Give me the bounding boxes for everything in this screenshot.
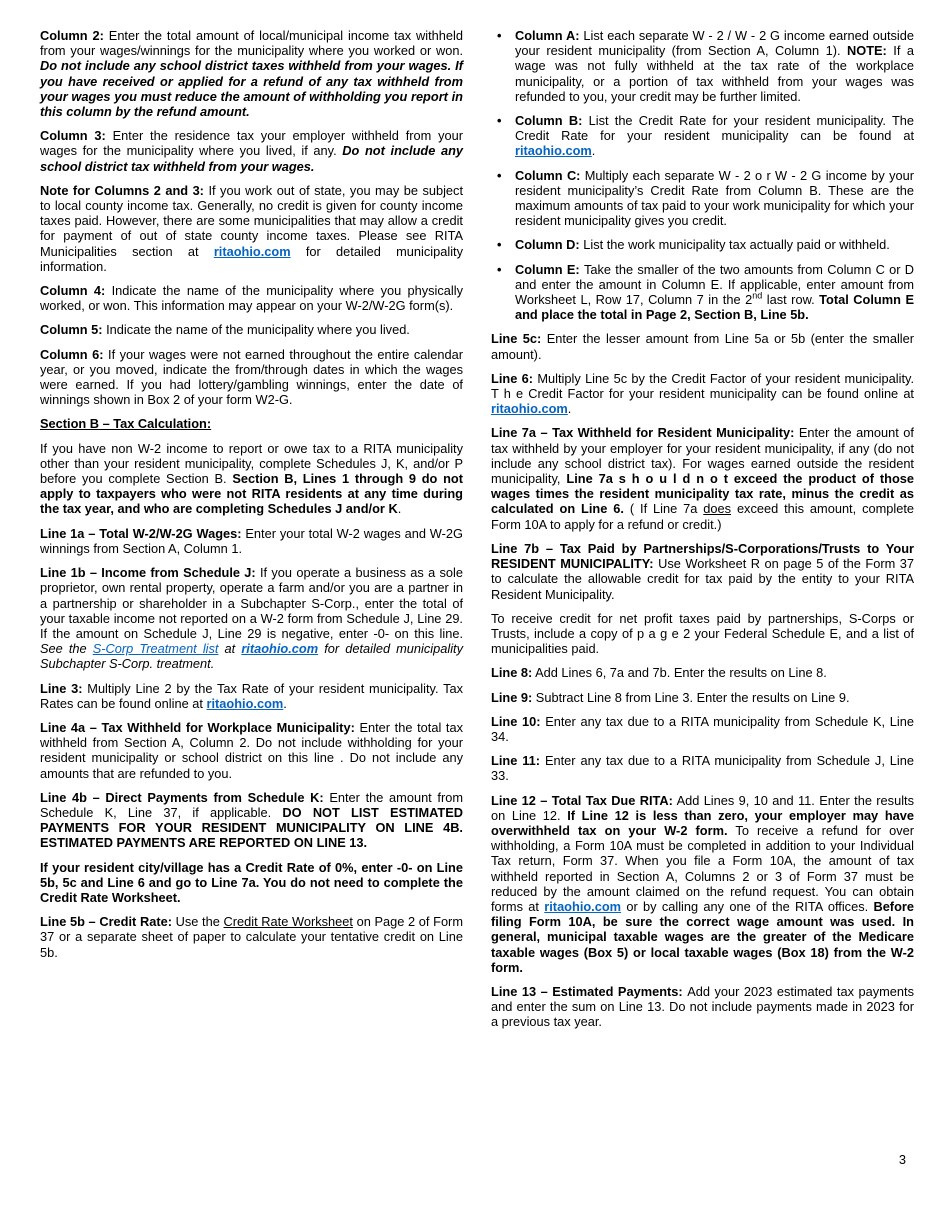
text-run: Column D:	[515, 237, 583, 252]
line-13-instructions: Line 13 – Estimated Payments: Add your 2…	[491, 984, 914, 1030]
column-2-instructions: Column 2: Enter the total amount of loca…	[40, 28, 463, 119]
ritaohio-link[interactable]: ritaohio.com	[241, 641, 318, 656]
two-column-layout: Column 2: Enter the total amount of loca…	[40, 28, 914, 1039]
text-run: Column 2:	[40, 28, 109, 43]
text-run: Line 11:	[491, 753, 545, 768]
text-run: last row.	[762, 292, 819, 307]
column-d-bullet: •Column D: List the work municipality ta…	[491, 237, 914, 252]
bullet-icon: •	[491, 262, 515, 323]
text-run: does	[703, 501, 731, 516]
text-run: Line 5b – Credit Rate:	[40, 914, 176, 929]
text-run: Column C:	[515, 168, 585, 183]
text-run: To receive credit for net profit taxes p…	[491, 611, 914, 656]
text-run: Multiply Line 5c by the Credit Factor of…	[491, 371, 914, 401]
left-column: Column 2: Enter the total amount of loca…	[40, 28, 463, 1039]
column-c-bullet: •Column C: Multiply each separate W - 2 …	[491, 168, 914, 229]
text-run: Line 4b – Direct Payments from Schedule …	[40, 790, 324, 805]
text-run: Line 9:	[491, 690, 532, 705]
line-10-instructions: Line 10: Enter any tax due to a RITA mun…	[491, 714, 914, 744]
text-run: Line 5c:	[491, 331, 541, 346]
text-run: See the	[40, 641, 93, 656]
text-run: Line 4a – Tax Withheld for Workplace Mun…	[40, 720, 355, 735]
text-run: Enter any tax due to a RITA municipality…	[491, 753, 914, 783]
text-run: Line 1b – Income from Schedule J:	[40, 565, 260, 580]
credit-rate-worksheet-ref: Credit Rate Worksheet	[224, 914, 353, 929]
ritaohio-link[interactable]: ritaohio.com	[206, 696, 283, 711]
note-columns-2-3: Note for Columns 2 and 3: If you work ou…	[40, 183, 463, 274]
line-1a-instructions: Line 1a – Total W-2/W-2G Wages: Enter yo…	[40, 526, 463, 556]
text-run: Use the	[176, 914, 224, 929]
text-run: Line 10:	[491, 714, 545, 729]
text-run: If your resident city/village has a Cred…	[40, 860, 463, 905]
text-run: Subtract Line 8 from Line 3. Enter the r…	[532, 690, 849, 705]
column-5-instructions: Column 5: Indicate the name of the munic…	[40, 322, 463, 337]
bullet-icon: •	[491, 28, 515, 104]
credit-rate-zero-note: If your resident city/village has a Cred…	[40, 860, 463, 906]
line-12-instructions: Line 12 – Total Tax Due RITA: Add Lines …	[491, 793, 914, 975]
column-b-bullet: •Column B: List the Credit Rate for your…	[491, 113, 914, 159]
section-b-heading: Section B – Tax Calculation:	[40, 416, 463, 431]
line-5c-instructions: Line 5c: Enter the lesser amount from Li…	[491, 331, 914, 361]
bullet-icon: •	[491, 168, 515, 229]
text-run: Column 6:	[40, 347, 108, 362]
line-7b-instructions: Line 7b – Tax Paid by Partnerships/S-Cor…	[491, 541, 914, 602]
line-8-instructions: Line 8: Add Lines 6, 7a and 7b. Enter th…	[491, 665, 914, 680]
text-run: or by calling any one of the RITA office…	[621, 899, 873, 914]
column-3-instructions: Column 3: Enter the residence tax your e…	[40, 128, 463, 174]
text-run: Enter the lesser amount from Line 5a or …	[491, 331, 914, 361]
line-1b-instructions: Line 1b – Income from Schedule J: If you…	[40, 565, 463, 671]
line-5b-instructions: Line 5b – Credit Rate: Use the Credit Ra…	[40, 914, 463, 960]
text-run: .	[568, 401, 572, 416]
text-run: Column A:	[515, 28, 583, 43]
text-run: Note for Columns 2 and 3:	[40, 183, 208, 198]
ritaohio-link[interactable]: ritaohio.com	[515, 143, 592, 158]
column-a-bullet: •Column A: List each separate W - 2 / W …	[491, 28, 914, 104]
text-run: Line 6:	[491, 371, 537, 386]
line-7a-instructions: Line 7a – Tax Withheld for Resident Muni…	[491, 425, 914, 531]
line-9-instructions: Line 9: Subtract Line 8 from Line 3. Ent…	[491, 690, 914, 705]
line-11-instructions: Line 11: Enter any tax due to a RITA mun…	[491, 753, 914, 783]
text-run: Column B:	[515, 113, 589, 128]
text-run: Line 1a – Total W-2/W-2G Wages:	[40, 526, 242, 541]
column-6-instructions: Column 6: If your wages were not earned …	[40, 347, 463, 408]
text-run: .	[398, 501, 402, 516]
right-column: •Column A: List each separate W - 2 / W …	[491, 28, 914, 1039]
line-6-instructions: Line 6: Multiply Line 5c by the Credit F…	[491, 371, 914, 417]
text-run: .	[283, 696, 287, 711]
bullet-icon: •	[491, 113, 515, 159]
text-run: at	[218, 641, 241, 656]
column-4-instructions: Column 4: Indicate the name of the munic…	[40, 283, 463, 313]
bullet-icon: •	[491, 237, 515, 252]
text-run: ( If Line 7a	[624, 501, 703, 516]
line-4b-instructions: Line 4b – Direct Payments from Schedule …	[40, 790, 463, 851]
net-profit-credit-note: To receive credit for net profit taxes p…	[491, 611, 914, 657]
text-run: List the work municipality tax actually …	[583, 237, 890, 252]
text-run: Column 4:	[40, 283, 112, 298]
text-run: NOTE:	[847, 43, 893, 58]
text-run: Do not include any school district taxes…	[40, 58, 463, 119]
text-run: nd	[752, 291, 762, 301]
page-number: 3	[899, 1152, 906, 1167]
text-run: Line 8:	[491, 665, 532, 680]
text-run: Column 3:	[40, 128, 113, 143]
s-corp-treatment-link[interactable]: S-Corp Treatment list	[93, 641, 219, 656]
column-e-bullet: •Column E: Take the smaller of the two a…	[491, 262, 914, 323]
text-run: Section B – Tax Calculation:	[40, 416, 211, 431]
text-run: Line 3:	[40, 681, 87, 696]
text-run: Enter any tax due to a RITA municipality…	[491, 714, 914, 744]
ritaohio-link[interactable]: ritaohio.com	[214, 244, 291, 259]
line-4a-instructions: Line 4a – Tax Withheld for Workplace Mun…	[40, 720, 463, 781]
text-run: Line 12 – Total Tax Due RITA:	[491, 793, 673, 808]
ritaohio-link[interactable]: ritaohio.com	[544, 899, 621, 914]
text-run: Add Lines 6, 7a and 7b. Enter the result…	[532, 665, 827, 680]
section-b-intro: If you have non W-2 income to report or …	[40, 441, 463, 517]
ritaohio-link[interactable]: ritaohio.com	[491, 401, 568, 416]
text-run: Line 7a – Tax Withheld for Resident Muni…	[491, 425, 799, 440]
text-run: Column E:	[515, 262, 584, 277]
document-page: Column 2: Enter the total amount of loca…	[0, 0, 950, 1230]
text-run: Indicate the name of the municipality wh…	[106, 322, 410, 337]
line-3-instructions: Line 3: Multiply Line 2 by the Tax Rate …	[40, 681, 463, 711]
text-run: Line 13 – Estimated Payments:	[491, 984, 687, 999]
text-run: Column 5:	[40, 322, 106, 337]
text-run: .	[592, 143, 596, 158]
